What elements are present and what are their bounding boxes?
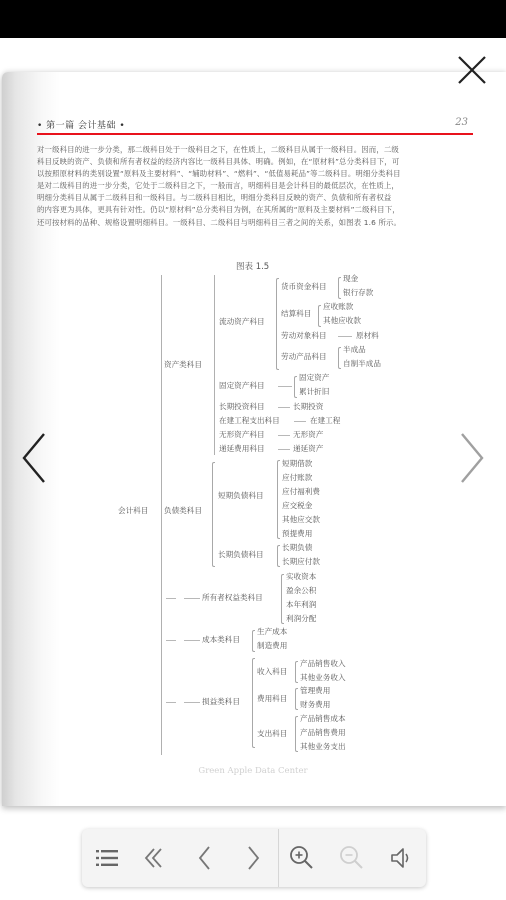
tree-leaf: 其他应收款 [323,316,361,326]
tree-leaf: 长期投资 [293,402,323,412]
connector [338,336,352,337]
tree-leaf: 应付福利费 [282,487,320,497]
connector [166,702,176,703]
watermark: Green Apple Data Center [0,766,506,776]
body-line: 对一级科目的进一步分类，那二级科目处于一级科目之下，在性质上，二级科目从属于一级… [37,144,473,156]
first-page-button[interactable] [138,841,172,875]
tree-leaf: 固定资产 [299,373,329,383]
tree-leaf: 产品销售成本 [300,714,346,724]
page-number: 23 [455,117,468,128]
previous-page-arrow[interactable] [16,428,52,488]
connector [278,386,292,387]
tree-node-labor-object: 劳动对象科目 [281,331,327,341]
speaker-icon [384,841,418,875]
connector [166,640,176,641]
tree-leaf: 其他应交款 [282,515,320,525]
tree-node-fixed-assets: 固定资产科目 [219,381,265,391]
tree-node-expense: 费用科目 [257,694,287,704]
tree-node-current-assets: 流动资产科目 [219,317,265,327]
tree-node-income: 收入科目 [257,667,287,677]
reader-toolbar [82,829,426,887]
tree-leaf: 短期借款 [282,459,312,469]
chevron-right-icon [454,428,490,488]
brace [277,545,280,567]
connector [184,702,200,703]
tree-node-labor-product: 劳动产品科目 [281,352,327,362]
tree-leaf: 制造费用 [257,641,287,651]
current-assets-brace [276,278,279,370]
connector [278,449,290,450]
root-bracket [161,275,162,755]
tree-leaf: 原材料 [356,331,379,341]
tree-leaf: 累计折旧 [299,387,329,397]
tree-leaf: 生产成本 [257,627,287,637]
body-line: 科目反映的资产、负债和所有者权益的经济内容比一级科目具体、明确。例如，在“原材料… [37,156,473,168]
tree-leaf: 利润分配 [286,614,316,624]
tree-leaf: 自制半成品 [343,359,381,369]
chevron-left-icon [16,428,52,488]
zoom-out-button[interactable] [335,841,369,875]
tree-node-deferred: 递延费用科目 [219,444,265,454]
brace [338,277,341,299]
tree-leaf: 递延资产 [293,444,323,454]
tree-leaf: 财务费用 [300,700,330,710]
connector [184,640,200,641]
next-page-button[interactable] [236,841,270,875]
zoom-out-icon [335,841,369,875]
brace [281,574,284,624]
tree-leaf: 产品销售费用 [300,728,346,738]
tree-node-long-term: 长期负债科目 [218,550,264,560]
double-chevron-left-icon [138,841,172,875]
tree-leaf: 产品销售收入 [300,659,346,669]
tree-leaf: 应收账款 [323,302,353,312]
tree-node-profit-loss: 损益类科目 [202,697,240,707]
connector [294,421,306,422]
tree-leaf: 其他业务支出 [300,742,346,752]
chevron-right-icon [236,841,270,875]
chevron-left-icon [188,841,222,875]
read-aloud-button[interactable] [384,841,418,875]
tree-node-equity: 所有者权益类科目 [202,593,263,603]
tree-leaf: 实收资本 [286,572,316,582]
brace [318,305,321,327]
brace [295,661,298,683]
tree-leaf: 盈余公积 [286,586,316,596]
body-paragraph: 对一级科目的进一步分类，那二级科目处于一级科目之下，在性质上，二级科目从属于一级… [37,144,473,229]
table-of-contents-button[interactable] [90,841,124,875]
next-page-arrow[interactable] [454,428,490,488]
tree-node-assets: 资产类科目 [164,360,202,370]
tree-leaf: 其他业务收入 [300,673,346,683]
tree-node-construction: 在建工程支出科目 [219,416,280,426]
brace [277,460,280,539]
previous-page-button[interactable] [188,841,222,875]
body-line: 还可按材料的品种、规格设置明细科目。一级科目、二级科目与明细科目三者之间的关系，… [37,217,473,229]
body-line: 以按照原材料的类别设置“原料及主要材料”、“辅助材料”、“燃料”、“低值易耗品”… [37,168,473,180]
tree-leaf: 银行存款 [343,288,373,298]
tree-leaf: 本年利润 [286,600,316,610]
close-button[interactable] [452,50,492,90]
zoom-in-icon [285,841,319,875]
tree-leaf: 现金 [343,274,358,284]
body-line: 是对二级科目的进一步分类，它处于二级科目之下，一般而言，明细科目是会计科目的最低… [37,180,473,192]
tree-node-liabilities: 负债类科目 [164,506,202,516]
tree-leaf: 应付账款 [282,473,312,483]
tree-leaf: 无形资产 [293,430,323,440]
tree-leaf: 半成品 [343,345,366,355]
status-bar [0,0,506,38]
liabilities-brace [212,462,215,567]
tree-root: 会计科目 [118,506,148,516]
connector [166,598,176,599]
assets-bracket [214,275,215,455]
tree-leaf: 长期应付款 [282,557,320,567]
close-icon [452,50,492,90]
tree-node-short-term: 短期负债科目 [218,491,264,501]
tree-node-intangible: 无形资产科目 [219,430,265,440]
chapter-label: • 第一篇 会计基础 • [37,118,125,131]
brace [252,630,255,652]
tree-node-monetary: 货币资金科目 [281,282,327,292]
body-line: 的内容更为具体，更具有针对性。仍以“原材料”总分类科目为例，在其所属的“原料及主… [37,204,473,216]
brace [294,376,297,398]
tree-leaf: 在建工程 [310,416,340,426]
brace [295,716,298,752]
toolbar-divider [278,829,279,887]
connector [278,407,290,408]
tree-node-settlement: 结算科目 [281,309,311,319]
tree-leaf: 预提费用 [282,529,312,539]
brace [295,688,298,710]
connector [278,435,290,436]
tree-node-cost: 成本类科目 [202,635,240,645]
tree-leaf: 应交税金 [282,501,312,511]
tree-leaf: 管理费用 [300,686,330,696]
tree-leaf: 长期负债 [282,543,312,553]
header-rule [37,133,473,135]
figure-title: 图表 1.5 [236,260,269,272]
body-line: 明细分类科目从属于二级科目和一级科目。与二级科目相比，明细分类科目反映的资产、负… [37,192,473,204]
tree-node-expenditure: 支出科目 [257,729,287,739]
brace [338,347,341,369]
brace [252,658,255,748]
list-icon [90,841,124,875]
zoom-in-button[interactable] [285,841,319,875]
tree-node-long-investment: 长期投资科目 [219,402,265,412]
connector [184,598,200,599]
